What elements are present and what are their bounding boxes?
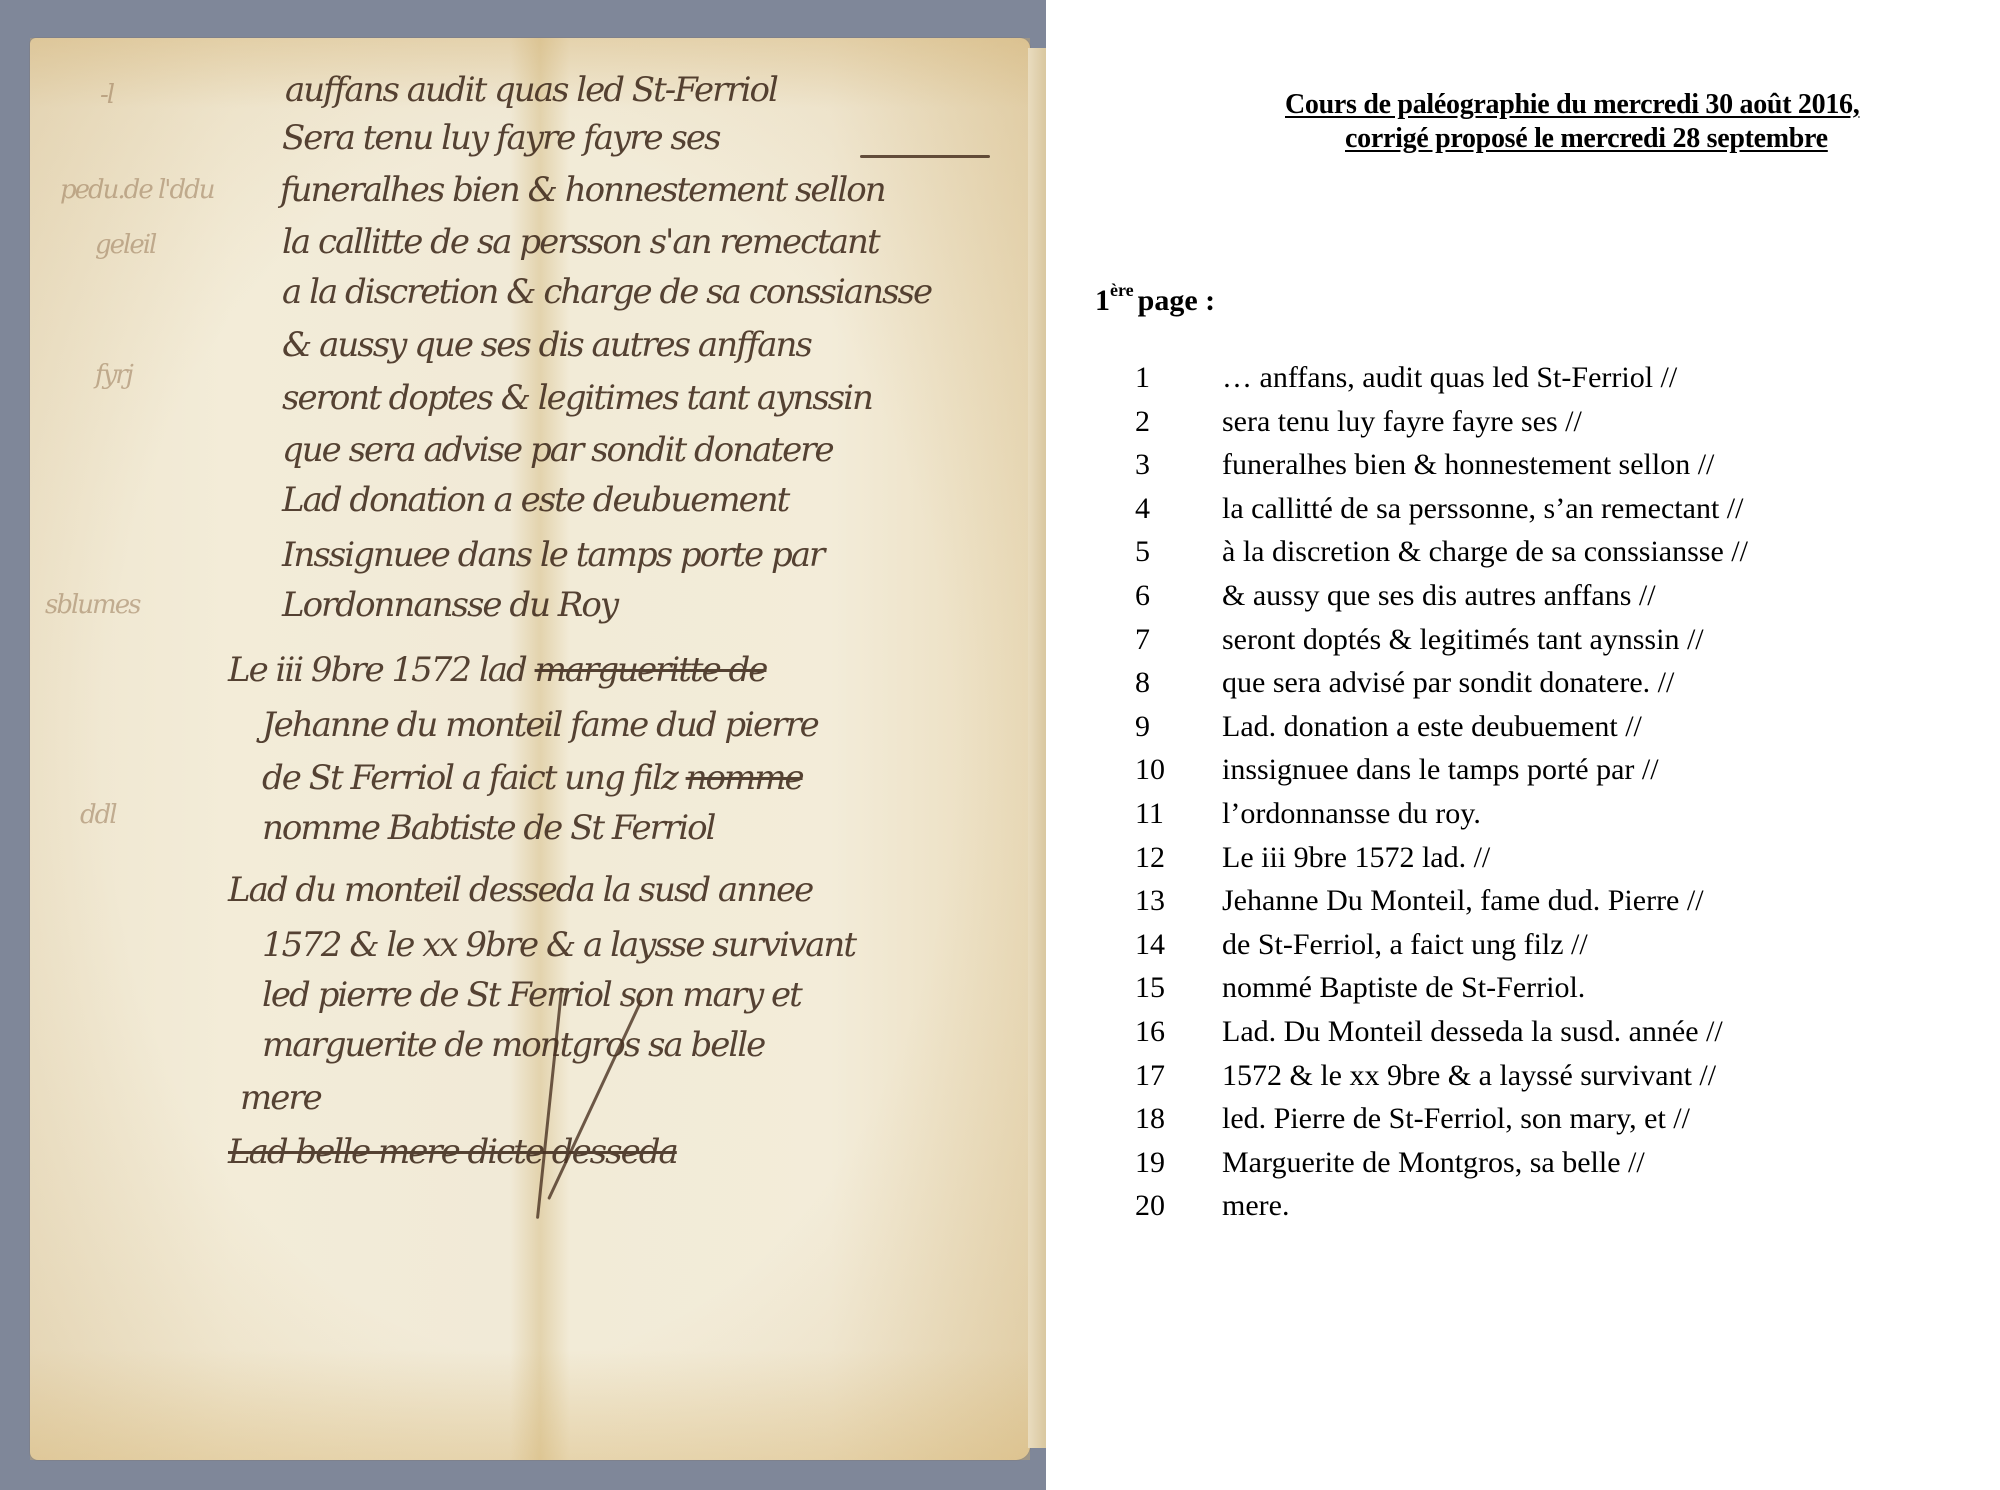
line-number: 16 xyxy=(1135,1010,1195,1054)
ms-line-3: funeralhes bien & honnestement sellon xyxy=(280,170,885,210)
line-text: mere. xyxy=(1222,1184,1289,1228)
margin-note: pedu.de l'ddu xyxy=(60,175,213,205)
page-ordinal-suffix: ère xyxy=(1110,280,1134,300)
line-number: 14 xyxy=(1135,923,1195,967)
margin-note: fyrj xyxy=(95,360,132,390)
margin-note: sblumes xyxy=(45,590,139,620)
line-text: de St-Ferriol, a faict ung filz // xyxy=(1222,923,1588,967)
line-text: & aussy que ses dis autres anffans // xyxy=(1222,574,1656,618)
ms-line-17: 1572 & le xx 9bre & a laysse survivant xyxy=(262,925,855,965)
margin-note: -l xyxy=(100,80,113,110)
line-text: nommé Baptiste de St-Ferriol. xyxy=(1222,966,1585,1010)
line-number: 6 xyxy=(1135,574,1195,618)
line-text: Lad. donation a este deubuement // xyxy=(1222,705,1642,749)
ms-line-8: que sera advise par sondit donatere xyxy=(282,430,833,470)
line-text: Lad. Du Monteil desseda la susd. année /… xyxy=(1222,1010,1723,1054)
line-number: 7 xyxy=(1135,618,1195,662)
ms-line-13: Jehanne du monteil fame dud pierre xyxy=(262,705,818,745)
handwriting: -l pedu.de l'ddu geleil fyrj sblumes ddl… xyxy=(0,0,1046,1490)
line-text: funeralhes bien & honnestement sellon // xyxy=(1222,443,1714,487)
ms-line-15: nomme Babtiste de St Ferriol xyxy=(262,808,714,848)
ms-line-12: Le iii 9bre 1572 lad margueritte de xyxy=(228,650,766,690)
ms-line-4: la callitte de sa persson s'an remectant xyxy=(282,222,879,262)
line-number: 2 xyxy=(1135,400,1195,444)
line-text: … anffans, audit quas led St-Ferriol // xyxy=(1222,356,1677,400)
line-number: 18 xyxy=(1135,1097,1195,1141)
line-text: led. Pierre de St-Ferriol, son mary, et … xyxy=(1222,1097,1690,1141)
ms-struck-line: Lad belle mere dicte desseda xyxy=(228,1132,677,1172)
line-text: Jehanne Du Monteil, fame dud. Pierre // xyxy=(1222,879,1704,923)
ms-line-6: & aussy que ses dis autres anffans xyxy=(282,325,811,365)
ms-line-18: led pierre de St Ferriol son mary et xyxy=(262,975,801,1015)
margin-note: ddl xyxy=(80,800,116,830)
ms-line-9: Lad donation a este deubuement xyxy=(282,480,788,520)
line-number: 10 xyxy=(1135,748,1195,792)
line-number: 15 xyxy=(1135,966,1195,1010)
ms-line-14: de St Ferriol a faict ung filz nomme xyxy=(262,758,803,798)
line-text: Marguerite de Montgros, sa belle // xyxy=(1222,1141,1645,1185)
ms-line-20: mere xyxy=(240,1078,321,1118)
line-text: sera tenu luy fayre fayre ses // xyxy=(1222,400,1582,444)
page-number: 1 xyxy=(1095,284,1110,317)
line-number: 1 xyxy=(1135,356,1195,400)
margin-note: geleil xyxy=(95,230,155,260)
line-number: 13 xyxy=(1135,879,1195,923)
line-text: Le iii 9bre 1572 lad. // xyxy=(1222,836,1490,880)
line-text: l’ordonnansse du roy. xyxy=(1222,792,1481,836)
line-number: 12 xyxy=(1135,836,1195,880)
ms-line-10: Inssignuee dans le tamps porte par xyxy=(282,535,823,575)
line-number: 3 xyxy=(1135,443,1195,487)
line-number: 11 xyxy=(1135,792,1195,836)
line-text: 1572 & le xx 9bre & a layssé survivant /… xyxy=(1222,1054,1716,1098)
line-text: inssignuee dans le tamps porté par // xyxy=(1222,748,1659,792)
ms-line-7: seront doptes & legitimes tant aynssin xyxy=(282,378,872,418)
line-number: 8 xyxy=(1135,661,1195,705)
line-text: seront doptés & legitimés tant aynssin /… xyxy=(1222,618,1704,662)
line-number: 20 xyxy=(1135,1184,1195,1228)
manuscript-photo: -l pedu.de l'ddu geleil fyrj sblumes ddl… xyxy=(0,0,1046,1490)
line-number: 4 xyxy=(1135,487,1195,531)
ms-line-1: auffans audit quas led St-Ferriol xyxy=(285,70,777,110)
ms-line-2: Sera tenu luy fayre fayre ses xyxy=(282,118,719,158)
ms-line-5: a la discretion & charge de sa conssians… xyxy=(282,272,931,312)
line-text: que sera advisé par sondit donatere. // xyxy=(1222,661,1674,705)
line-number: 5 xyxy=(1135,530,1195,574)
page-label: 1èrepage : xyxy=(1095,280,1215,318)
line-number: 17 xyxy=(1135,1054,1195,1098)
line-number: 9 xyxy=(1135,705,1195,749)
ms-line-11: Lordonnansse du Roy xyxy=(282,585,617,625)
line-text: à la discretion & charge de sa conssians… xyxy=(1222,530,1748,574)
title-line-1: Cours de paléographie du mercredi 30 aoû… xyxy=(1285,88,1859,122)
title-line-2: corrigé proposé le mercredi 28 septembre xyxy=(1345,122,1828,156)
page-label-text: page : xyxy=(1138,284,1216,317)
ms-line-19: marguerite de montgros sa belle xyxy=(262,1025,764,1065)
ms-line-16: Lad du monteil desseda la susd annee xyxy=(228,870,812,910)
line-number: 19 xyxy=(1135,1141,1195,1185)
line-text: la callitté de sa perssonne, s’an remect… xyxy=(1222,487,1743,531)
